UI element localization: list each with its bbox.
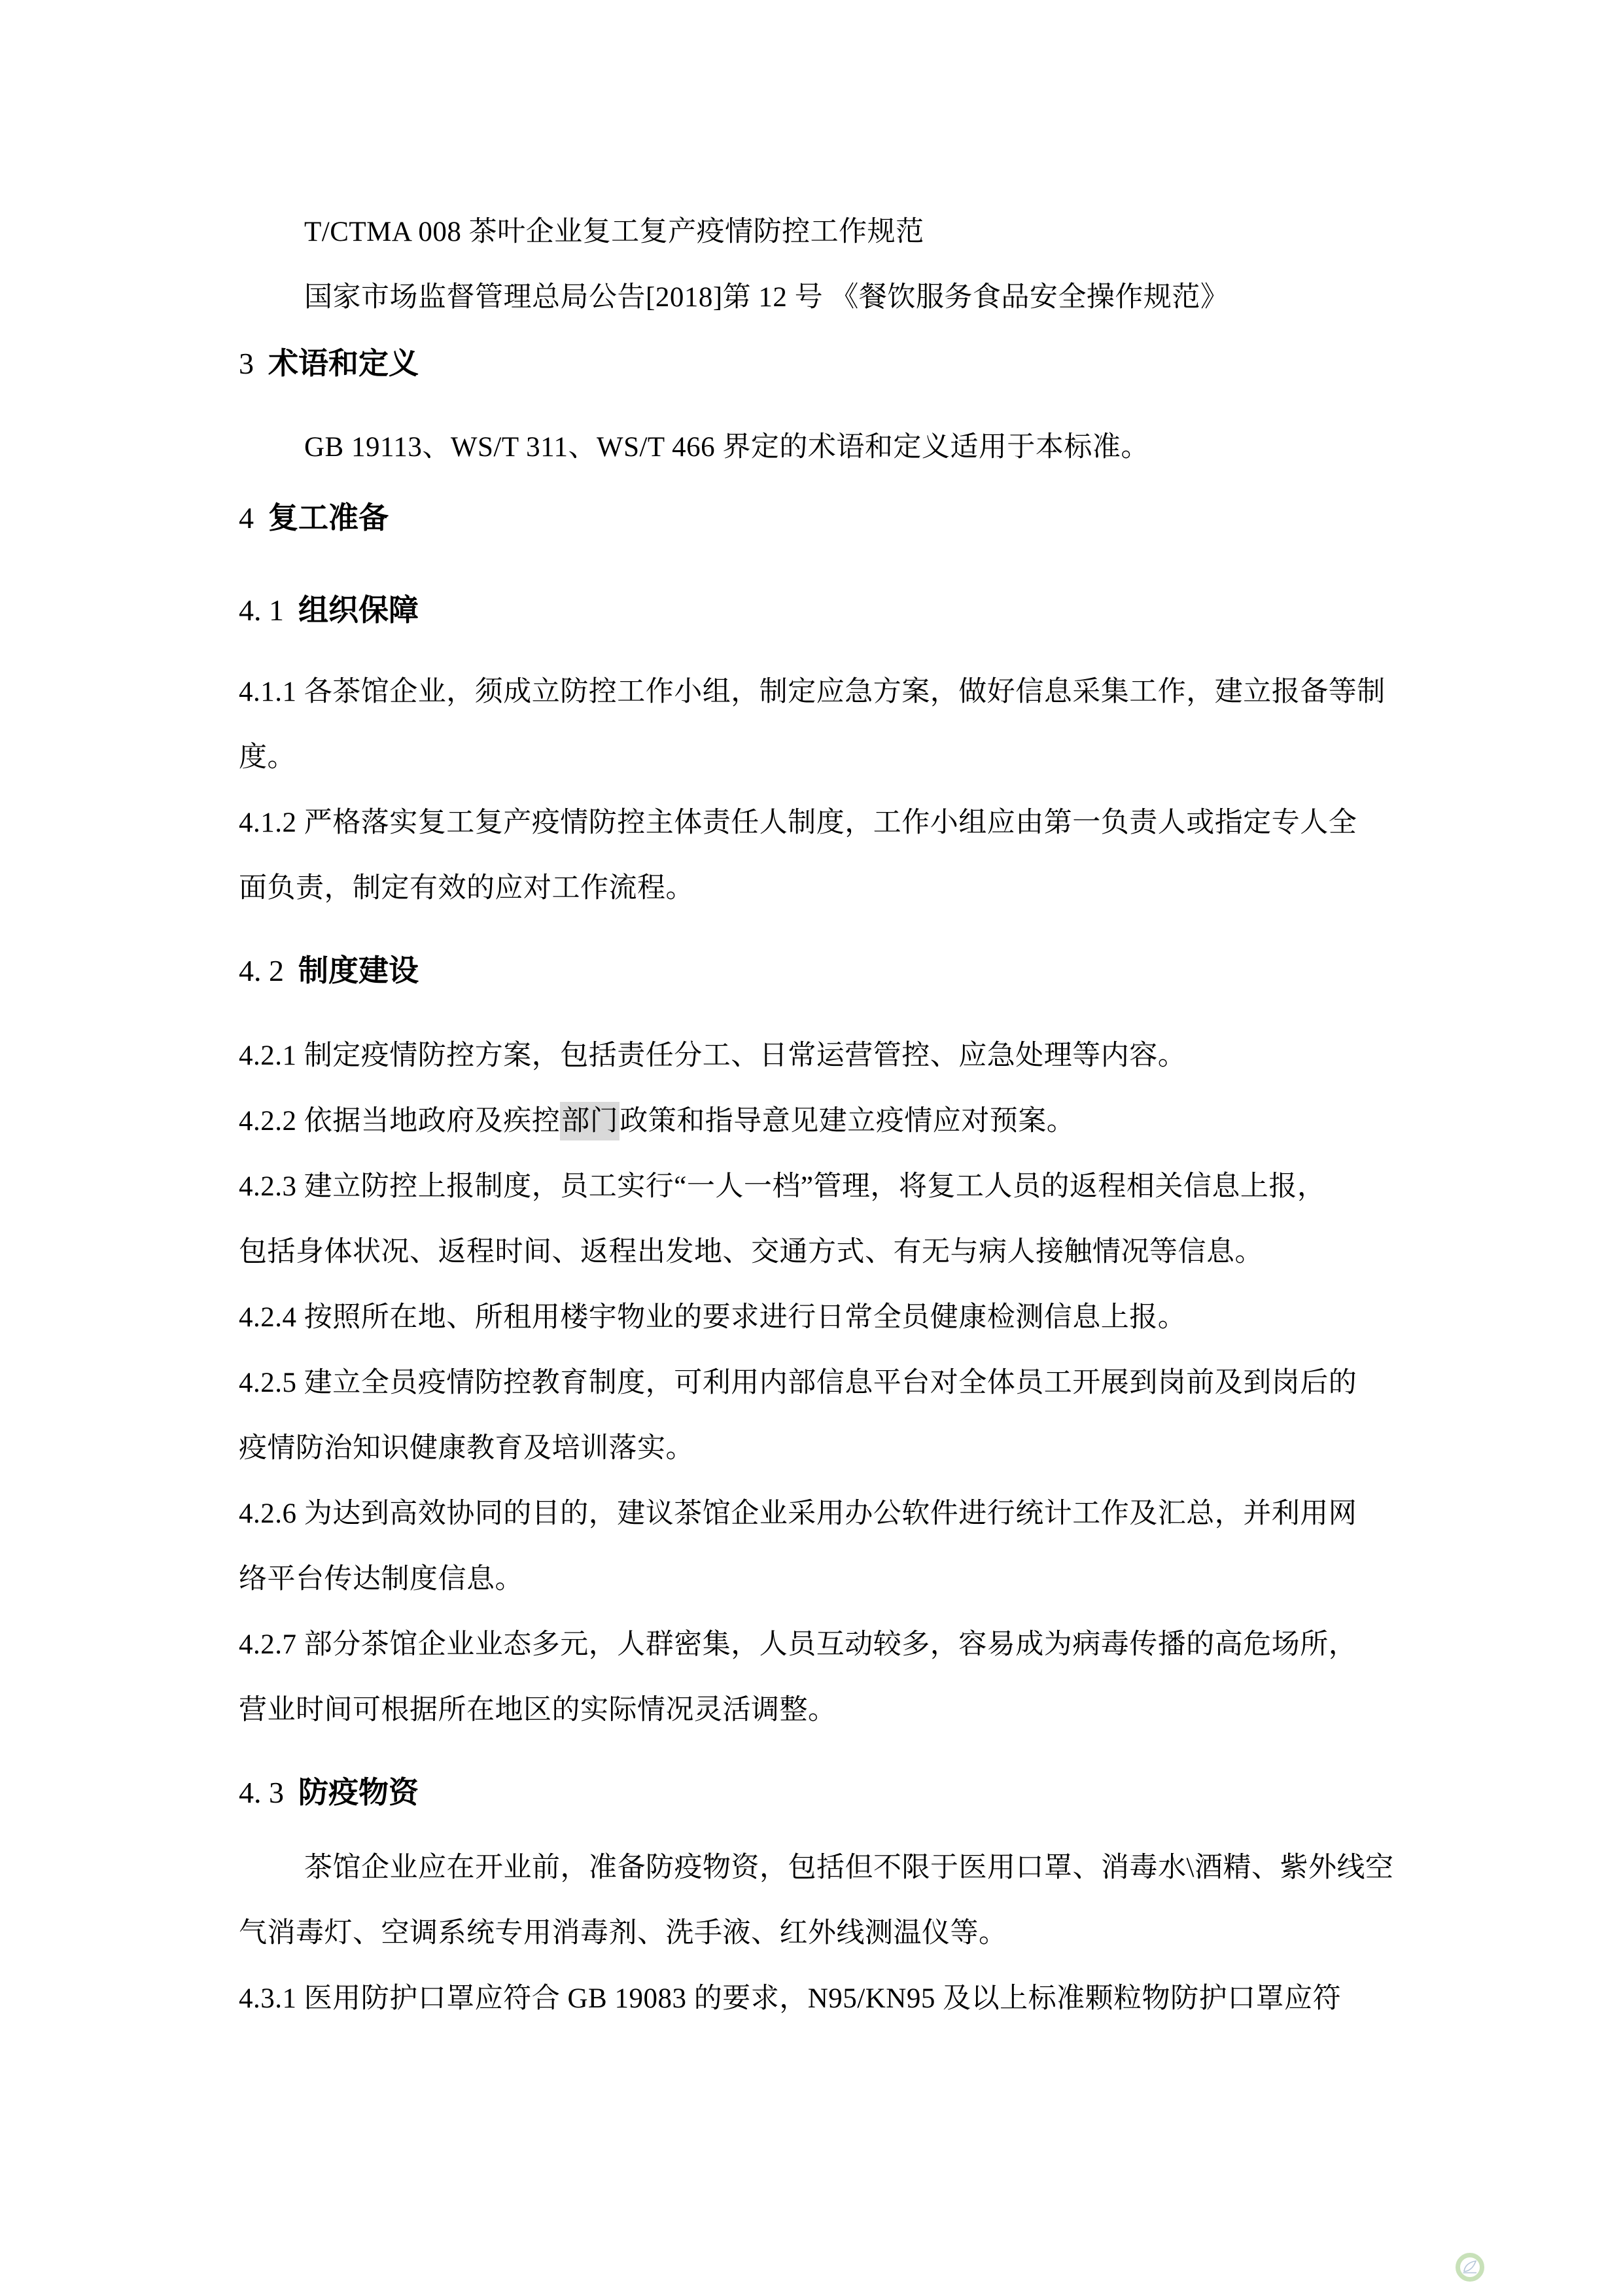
para-4-1-2-line-2: 面负责，制定有效的应对工作流程。 — [239, 856, 1382, 921]
para-4-2-3-line-2: 包括身体状况、返程时间、返程出发地、交通方式、有无与病人接触情况等信息。 — [239, 1220, 1382, 1285]
terms-body-line: GB 19113、WS/T 311、WS/T 466 界定的术语和定义适用于本标… — [239, 415, 1382, 480]
heading-4-3-number: 4. 3 — [239, 1776, 284, 1809]
document-content: T/CTMA 008 茶叶企业复工复产疫情防控工作规范 国家市场监督管理总局公告… — [0, 0, 1623, 2032]
heading-4-resumption: 4复工准备 — [239, 485, 1382, 551]
para-4-2-2-prefix: 4.2.2 依据当地政府及疾控 — [239, 1106, 560, 1137]
para-4-3-intro-line-2: 气消毒灯、空调系统专用消毒剂、洗手液、红外线测温仪等。 — [239, 1901, 1382, 1966]
heading-3-number: 3 — [239, 347, 254, 380]
para-4-3-intro-line-1: 茶馆企业应在开业前，准备防疫物资，包括但不限于医用口罩、消毒水\酒精、紫外线空 — [239, 1835, 1382, 1901]
document-page: T/CTMA 008 茶叶企业复工复产疫情防控工作规范 国家市场监督管理总局公告… — [0, 0, 1623, 2296]
heading-4-number: 4 — [239, 501, 254, 535]
heading-4-2-title: 制度建设 — [298, 953, 419, 987]
para-4-2-3-line-1: 4.2.3 建立防控上报制度，员工实行“一人一档”管理，将复工人员的返程相关信息… — [239, 1154, 1382, 1220]
para-4-2-7-line-1: 4.2.7 部分茶馆企业业态多元，人群密集，人员互动较多，容易成为病毒传播的高危… — [239, 1612, 1382, 1678]
para-4-2-1-line-1: 4.2.1 制定疫情防控方案，包括责任分工、日常运营管控、应急处理等内容。 — [239, 1023, 1382, 1089]
para-4-2-5-line-2: 疫情防治知识健康教育及培训落实。 — [239, 1416, 1382, 1481]
heading-4-title: 复工准备 — [268, 501, 389, 535]
para-4-2-6-line-1: 4.2.6 为达到高效协同的目的，建议茶馆企业采用办公软件进行统计工作及汇总，并… — [239, 1481, 1382, 1547]
highlighted-text: 部门 — [560, 1102, 620, 1140]
para-4-2-6-line-2: 络平台传达制度信息。 — [239, 1547, 1382, 1612]
heading-3-title: 术语和定义 — [268, 346, 419, 380]
para-4-3-1-line-1: 4.3.1 医用防护口罩应符合 GB 19083 的要求，N95/KN95 及以… — [239, 1966, 1382, 2032]
watermark-logo-icon — [1455, 2252, 1485, 2282]
para-4-2-4-line-1: 4.2.4 按照所在地、所租用楼宇物业的要求进行日常全员健康检测信息上报。 — [239, 1285, 1382, 1351]
para-4-2-2-suffix: 政策和指导意见建立疫情应对预案。 — [620, 1106, 1075, 1137]
heading-4-2-number: 4. 2 — [239, 954, 284, 987]
heading-3-terms: 3术语和定义 — [239, 330, 1382, 397]
para-4-1-1-line-1: 4.1.1 各茶馆企业，须成立防控工作小组，制定应急方案，做好信息采集工作，建立… — [239, 660, 1382, 725]
para-4-1-1-line-2: 度。 — [239, 725, 1382, 790]
heading-4-1-organization: 4. 1组织保障 — [239, 577, 1382, 643]
reference-line-2: 国家市场监督管理总局公告[2018]第 12 号 《餐饮服务食品安全操作规范》 — [239, 265, 1382, 330]
heading-4-1-title: 组织保障 — [298, 593, 419, 627]
para-4-1-2-line-1: 4.1.2 严格落实复工复产疫情防控主体责任人制度，工作小组应由第一负责人或指定… — [239, 790, 1382, 856]
heading-4-1-number: 4. 1 — [239, 593, 284, 627]
para-4-2-7-line-2: 营业时间可根据所在地区的实际情况灵活调整。 — [239, 1678, 1382, 1743]
reference-line-1: T/CTMA 008 茶叶企业复工复产疫情防控工作规范 — [239, 200, 1382, 265]
heading-4-3-title: 防疫物资 — [298, 1775, 419, 1809]
heading-4-2-institution: 4. 2制度建设 — [239, 938, 1382, 1004]
heading-4-3-supplies: 4. 3防疫物资 — [239, 1759, 1382, 1826]
para-4-2-5-line-1: 4.2.5 建立全员疫情防控教育制度，可利用内部信息平台对全体员工开展到岗前及到… — [239, 1351, 1382, 1416]
para-4-2-2-line-1: 4.2.2 依据当地政府及疾控部门政策和指导意见建立疫情应对预案。 — [239, 1089, 1382, 1154]
